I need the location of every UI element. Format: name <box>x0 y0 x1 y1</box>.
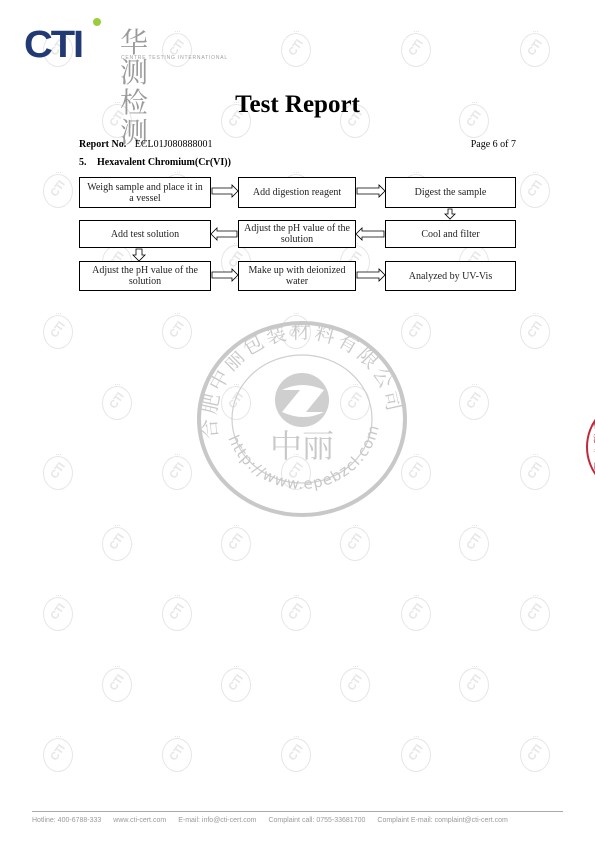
cti-watermark-icon: CTI <box>459 668 489 702</box>
cti-watermark-icon: CTI <box>401 597 431 631</box>
cti-watermark-icon: CTI <box>281 738 311 772</box>
cti-watermark-icon: CTI <box>162 456 192 490</box>
cti-watermark-icon: CTI <box>43 597 73 631</box>
footer-divider <box>32 811 563 812</box>
arrow-left-icon <box>356 228 384 240</box>
cti-watermark-icon: CTI <box>162 315 192 349</box>
cti-watermark-icon: CTI <box>43 738 73 772</box>
arrow-right-icon <box>212 269 238 281</box>
footer-email[interactable]: E-mail: info@cti-cert.com <box>178 817 256 824</box>
cti-watermark-icon: CTI <box>162 738 192 772</box>
cti-watermark-icon: CTI <box>520 456 550 490</box>
cti-watermark-icon: CTI <box>520 597 550 631</box>
arrow-right-icon <box>357 185 385 197</box>
company-seal: 合肥中丽包装材料有限公司 http://www.epebzcl.com/ 中丽 <box>196 320 408 518</box>
arrow-right-icon <box>212 185 238 197</box>
cti-watermark-icon: CTI <box>459 386 489 420</box>
cti-watermark-icon: CTI <box>340 668 370 702</box>
footer-hotline: Hotline: 400-6788-333 <box>32 817 101 824</box>
arrow-left-icon <box>211 228 237 240</box>
cti-watermark-icon: CTI <box>340 527 370 561</box>
cti-watermark-icon: CTI <box>162 597 192 631</box>
red-seal-fragment: 检 测 专 用 <box>583 400 595 495</box>
footer-website[interactable]: www.cti-cert.com <box>113 817 166 824</box>
footer: Hotline: 400-6788-333 www.cti-cert.com E… <box>32 817 572 824</box>
cti-watermark-icon: CTI <box>221 527 251 561</box>
cti-watermark-icon: CTI <box>520 738 550 772</box>
arrow-down-icon <box>445 209 455 219</box>
cti-watermark-icon: CTI <box>520 315 550 349</box>
cti-watermark-icon: CTI <box>281 597 311 631</box>
arrow-down-icon <box>133 249 145 261</box>
cti-watermark-icon: CTI <box>102 668 132 702</box>
arrow-right-icon <box>357 269 385 281</box>
footer-complaint-call: Complaint call: 0755-33681700 <box>268 817 365 824</box>
seal-emblem-icon <box>275 373 329 427</box>
footer-complaint-email[interactable]: Complaint E-mail: complaint@cti-cert.com <box>377 817 507 824</box>
cti-watermark-icon: CTI <box>401 738 431 772</box>
seal-center-text: 中丽 <box>270 427 334 465</box>
cti-watermark-icon: CTI <box>459 527 489 561</box>
cti-watermark-icon: CTI <box>43 315 73 349</box>
cti-watermark-icon: CTI <box>102 527 132 561</box>
cti-watermark-icon: CTI <box>221 668 251 702</box>
cti-watermark-icon: CTI <box>102 386 132 420</box>
cti-watermark-icon: CTI <box>43 456 73 490</box>
flow-arrows <box>0 0 595 300</box>
